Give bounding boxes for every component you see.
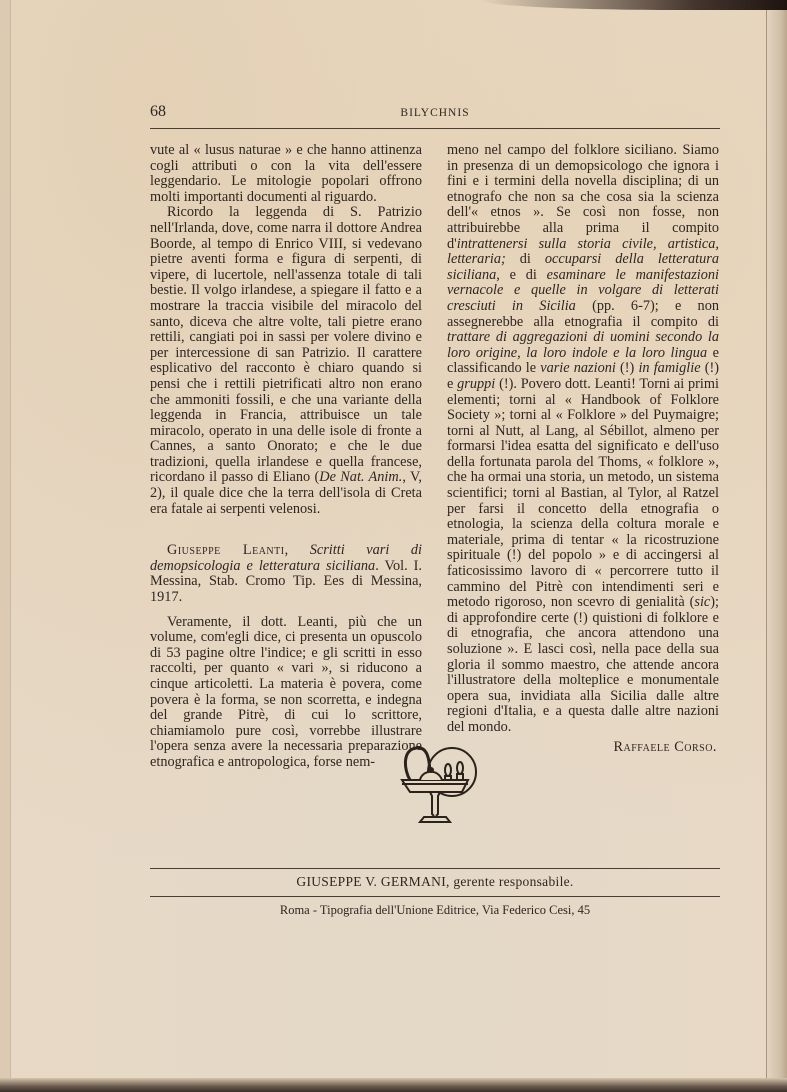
oil-lamp-icon [390,740,482,830]
manager-line: GIUSEPPE V. GERMANI, gerente responsabil… [150,874,720,890]
review-citation: Giuseppe Leanti, Scritti vari di demopsi… [150,543,422,605]
footer-rule [150,868,720,869]
printer-line: Roma - Tipografia dell'Unione Editrice, … [150,903,720,918]
left-column: vute al « lusus naturae » e che hanno at… [150,143,422,771]
paragraph: Ricordo la leggenda di S. Patrizio nell'… [150,205,422,517]
page-header: 68 BILYCHNIS [150,103,720,123]
right-column: meno nel campo del folklore siciliano. S… [447,143,719,755]
page-right-edge [766,0,787,1092]
running-title: BILYCHNIS [150,107,720,119]
header-rule [150,128,720,129]
scanned-page: 68 BILYCHNIS vute al « lusus naturae » e… [0,0,787,1092]
footer-rule [150,896,720,897]
review-author: Giuseppe Leanti [167,542,285,558]
binding-shadow [480,0,787,10]
signature: Raffaele Corso. [447,740,719,756]
page-bottom-edge [0,1078,787,1092]
paragraph: meno nel campo del folklore siciliano. S… [447,143,719,736]
paragraph: vute al « lusus naturae » e che hanno at… [150,143,422,205]
page-left-edge [0,0,11,1092]
paragraph: Veramente, il dott. Leanti, più che un v… [150,615,422,771]
